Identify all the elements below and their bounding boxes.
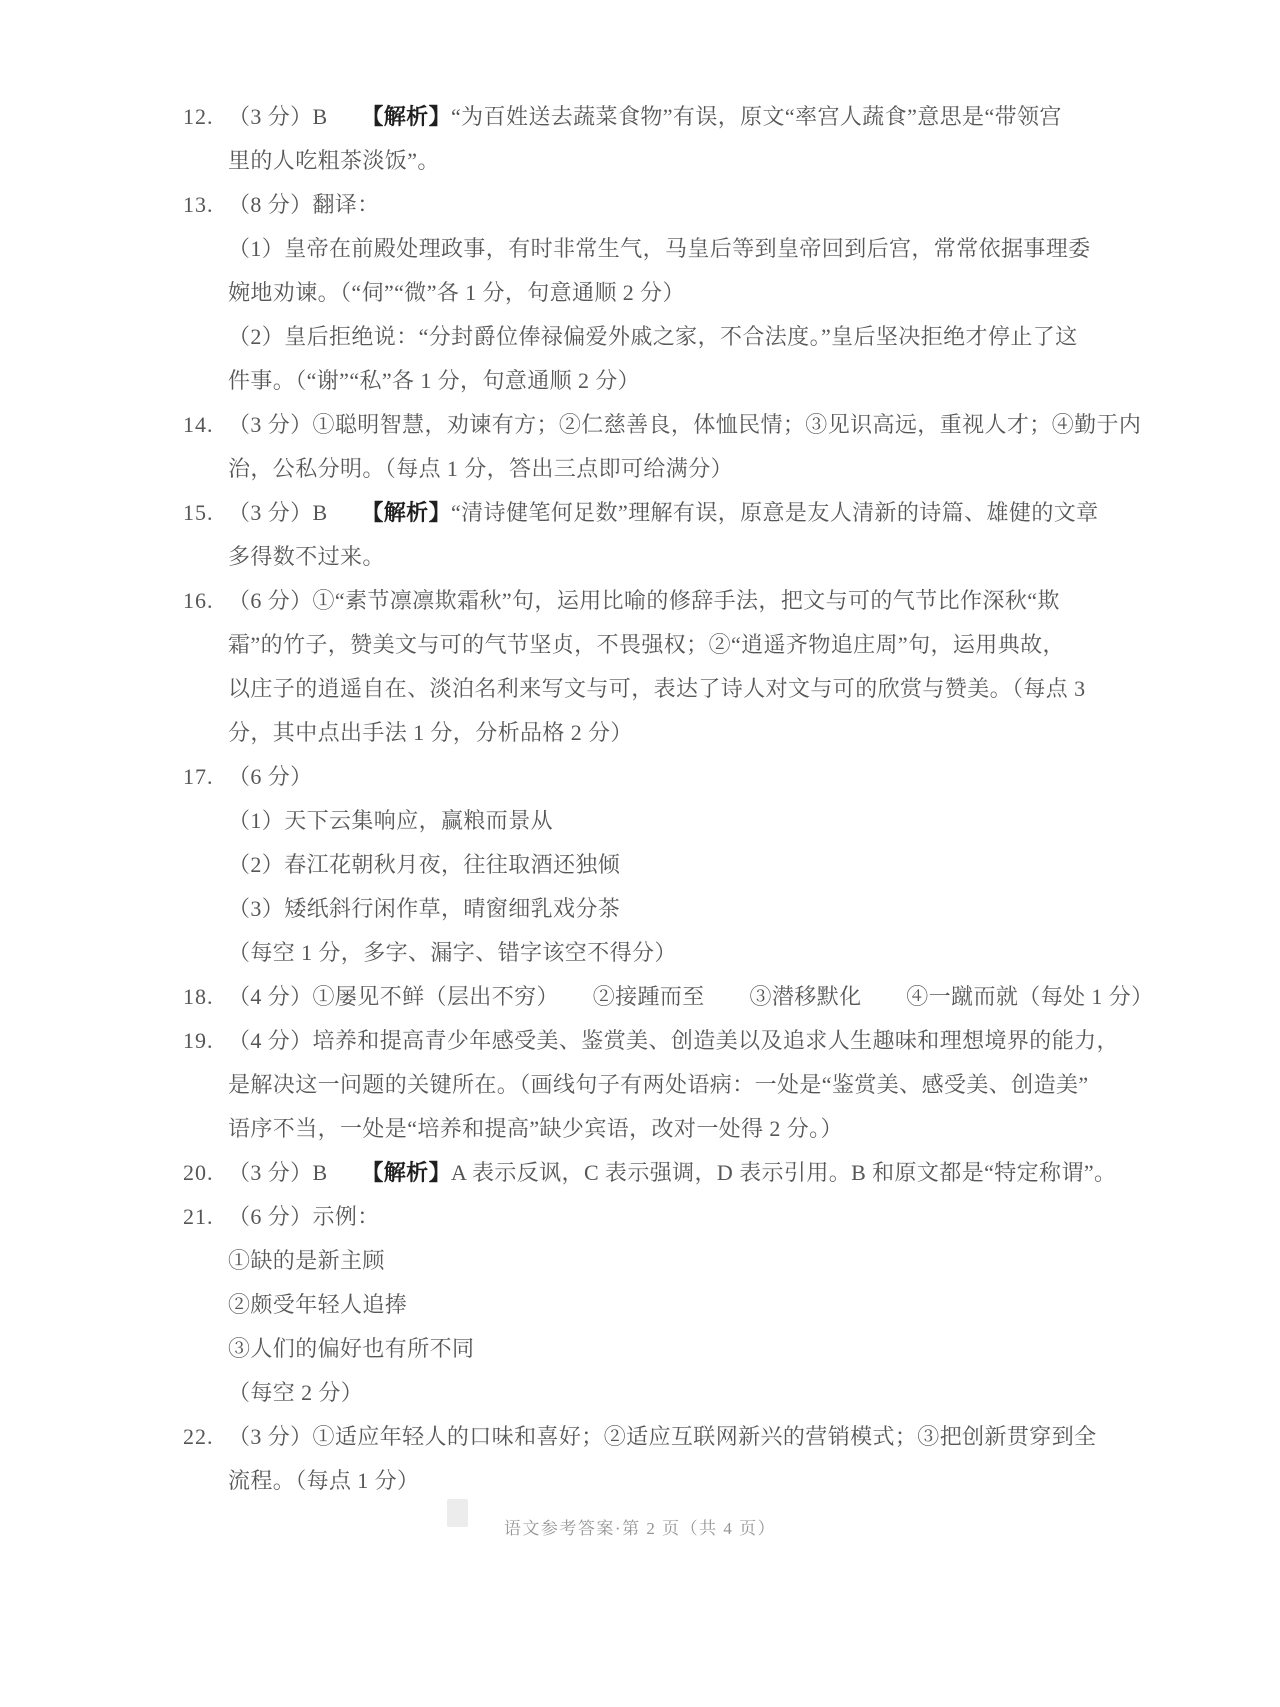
- answer-text: 是解决这一问题的关键所在。（画线句子有两处语病：一处是“鉴赏美、感受美、创造美”: [228, 1072, 1089, 1097]
- answer-item-18: 18.（4 分）①屡见不鲜（层出不穷） ②接踵而至 ③潜移默化 ④一蹴而就（每处…: [183, 975, 1183, 1019]
- answer-text: ②颇受年轻人追捧: [228, 1292, 407, 1317]
- answer-text: “清诗健笔何足数”理解有误，原意是友人清新的诗篇、雄健的文章: [451, 500, 1099, 525]
- answer-line: ①缺的是新主顾: [228, 1239, 1183, 1283]
- answer-line: 婉地劝谏。（“伺”“微”各 1 分，句意通顺 2 分）: [228, 271, 1183, 315]
- answer-text: （4 分）培养和提高青少年感受美、鉴赏美、创造美以及追求人生趣味和理想境界的能力…: [228, 1028, 1119, 1053]
- answer-text: “为百姓送去蔬菜食物”有误，原文“率宫人蔬食”意思是“带领宫: [451, 104, 1062, 129]
- answer-text: （3）矮纸斜行闲作草，晴窗细乳戏分茶: [228, 896, 620, 921]
- answer-item-17: 17.（6 分）（1）天下云集响应，赢粮而景从（2）春江花朝秋月夜，往往取酒还独…: [183, 755, 1183, 975]
- answer-line: （3 分）B 【解析】“为百姓送去蔬菜食物”有误，原文“率宫人蔬食”意思是“带领…: [228, 95, 1183, 139]
- answer-line: ②颇受年轻人追捧: [228, 1283, 1183, 1327]
- answer-line: 流程。（每点 1 分）: [228, 1459, 1183, 1503]
- answer-line: 治，公私分明。（每点 1 分，答出三点即可给满分）: [228, 447, 1183, 491]
- answer-text: 分，其中点出手法 1 分，分析品格 2 分）: [228, 720, 633, 745]
- scanned-answer-page: 12.（3 分）B 【解析】“为百姓送去蔬菜食物”有误，原文“率宫人蔬食”意思是…: [0, 0, 1280, 1707]
- answer-line: （2）春江花朝秋月夜，往往取酒还独倾: [228, 843, 1183, 887]
- item-number: 12.: [183, 95, 214, 139]
- answer-line: 是解决这一问题的关键所在。（画线句子有两处语病：一处是“鉴赏美、感受美、创造美”: [228, 1063, 1183, 1107]
- answer-line: （2）皇后拒绝说：“分封爵位俸禄偏爱外戚之家，不合法度。”皇后坚决拒绝才停止了这: [228, 315, 1183, 359]
- item-number: 17.: [183, 755, 214, 799]
- answer-text: （2）春江花朝秋月夜，往往取酒还独倾: [228, 852, 620, 877]
- answer-line: （4 分）培养和提高青少年感受美、鉴赏美、创造美以及追求人生趣味和理想境界的能力…: [228, 1019, 1183, 1063]
- answer-text: （6 分）示例：: [228, 1204, 380, 1229]
- analysis-tag: 【解析】: [372, 104, 451, 129]
- answer-line: ③人们的偏好也有所不同: [228, 1327, 1183, 1371]
- answer-text: 以庄子的逍遥自在、淡泊名利来写文与可，表达了诗人对文与可的欣赏与赞美。（每点 3: [228, 676, 1086, 701]
- answer-line: 多得数不过来。: [228, 535, 1183, 579]
- answer-text: （3 分）B: [228, 1160, 372, 1185]
- item-number: 18.: [183, 975, 214, 1019]
- answer-text: ③人们的偏好也有所不同: [228, 1336, 474, 1361]
- answer-item-19: 19.（4 分）培养和提高青少年感受美、鉴赏美、创造美以及追求人生趣味和理想境界…: [183, 1019, 1183, 1151]
- answer-line: 以庄子的逍遥自在、淡泊名利来写文与可，表达了诗人对文与可的欣赏与赞美。（每点 3: [228, 667, 1183, 711]
- answer-text: 霜”的竹子，赞美文与可的气节坚贞，不畏强权；②“逍遥齐物追庄周”句，运用典故，: [228, 632, 1065, 657]
- item-number: 13.: [183, 183, 214, 227]
- answer-line: （8 分）翻译：: [228, 183, 1183, 227]
- answer-item-20: 20.（3 分）B 【解析】A 表示反讽，C 表示强调，D 表示引用。B 和原文…: [183, 1151, 1183, 1195]
- answer-text: （8 分）翻译：: [228, 192, 380, 217]
- answer-line: （6 分）①“素节凛凛欺霜秋”句，运用比喻的修辞手法，把文与可的气节比作深秋“欺: [228, 579, 1183, 623]
- answers-list: 12.（3 分）B 【解析】“为百姓送去蔬菜食物”有误，原文“率宫人蔬食”意思是…: [183, 95, 1183, 1503]
- answer-line: 霜”的竹子，赞美文与可的气节坚贞，不畏强权；②“逍遥齐物追庄周”句，运用典故，: [228, 623, 1183, 667]
- item-number: 15.: [183, 491, 214, 535]
- answer-text: （1）天下云集响应，赢粮而景从: [228, 808, 553, 833]
- answer-text: ①缺的是新主顾: [228, 1248, 385, 1273]
- answer-item-22: 22.（3 分）①适应年轻人的口味和喜好；②适应互联网新兴的营销模式；③把创新贯…: [183, 1415, 1183, 1503]
- item-number: 22.: [183, 1415, 214, 1459]
- item-number: 19.: [183, 1019, 214, 1063]
- answer-line: （3 分）B 【解析】A 表示反讽，C 表示强调，D 表示引用。B 和原文都是“…: [228, 1151, 1183, 1195]
- answer-line: 里的人吃粗茶淡饭”。: [228, 139, 1183, 183]
- answer-text: （4 分）①屡见不鲜（层出不穷） ②接踵而至 ③潜移默化 ④一蹴而就（每处 1 …: [228, 984, 1154, 1009]
- answer-text: 里的人吃粗茶淡饭”。: [228, 148, 440, 173]
- answer-line: （每空 2 分）: [228, 1371, 1183, 1415]
- answer-line: （1）皇帝在前殿处理政事，有时非常生气，马皇后等到皇帝回到后宫，常常依据事理委: [228, 227, 1183, 271]
- answer-text: 流程。（每点 1 分）: [228, 1468, 419, 1493]
- answer-item-15: 15.（3 分）B 【解析】“清诗健笔何足数”理解有误，原意是友人清新的诗篇、雄…: [183, 491, 1183, 579]
- answer-line: （3 分）①聪明智慧，劝谏有方；②仁慈善良，体恤民情；③见识高远，重视人才；④勤…: [228, 403, 1183, 447]
- answer-text: A 表示反讽，C 表示强调，D 表示引用。B 和原文都是“特定称谓”。: [451, 1160, 1116, 1185]
- answer-line: （3 分）B 【解析】“清诗健笔何足数”理解有误，原意是友人清新的诗篇、雄健的文…: [228, 491, 1183, 535]
- answer-line: （6 分）: [228, 755, 1183, 799]
- item-number: 16.: [183, 579, 214, 623]
- answer-line: （1）天下云集响应，赢粮而景从: [228, 799, 1183, 843]
- answer-text: 件事。（“谢”“私”各 1 分，句意通顺 2 分）: [228, 368, 640, 393]
- item-number: 14.: [183, 403, 214, 447]
- footer-text: 语文参考答案·第 2 页（共 4 页）: [504, 1519, 776, 1538]
- answer-item-21: 21.（6 分）示例：①缺的是新主顾②颇受年轻人追捧③人们的偏好也有所不同（每空…: [183, 1195, 1183, 1415]
- answer-text: 婉地劝谏。（“伺”“微”各 1 分，句意通顺 2 分）: [228, 280, 685, 305]
- answer-item-13: 13.（8 分）翻译：（1）皇帝在前殿处理政事，有时非常生气，马皇后等到皇帝回到…: [183, 183, 1183, 403]
- answer-line: （3）矮纸斜行闲作草，晴窗细乳戏分茶: [228, 887, 1183, 931]
- answer-line: （每空 1 分，多字、漏字、错字该空不得分）: [228, 931, 1183, 975]
- item-number: 20.: [183, 1151, 214, 1195]
- answer-line: （3 分）①适应年轻人的口味和喜好；②适应互联网新兴的营销模式；③把创新贯穿到全: [228, 1415, 1183, 1459]
- answer-line: 件事。（“谢”“私”各 1 分，句意通顺 2 分）: [228, 359, 1183, 403]
- answer-text: （1）皇帝在前殿处理政事，有时非常生气，马皇后等到皇帝回到后宫，常常依据事理委: [228, 236, 1091, 261]
- answer-text: （每空 2 分）: [228, 1380, 363, 1405]
- answer-line: （6 分）示例：: [228, 1195, 1183, 1239]
- answer-text: 多得数不过来。: [228, 544, 385, 569]
- answer-text: （3 分）①适应年轻人的口味和喜好；②适应互联网新兴的营销模式；③把创新贯穿到全: [228, 1424, 1097, 1449]
- answer-text: 语序不当，一处是“培养和提高”缺少宾语，改对一处得 2 分。）: [228, 1116, 843, 1141]
- answer-item-14: 14.（3 分）①聪明智慧，劝谏有方；②仁慈善良，体恤民情；③见识高远，重视人才…: [183, 403, 1183, 491]
- answer-text: （3 分）①聪明智慧，劝谏有方；②仁慈善良，体恤民情；③见识高远，重视人才；④勤…: [228, 412, 1141, 437]
- answer-line: （4 分）①屡见不鲜（层出不穷） ②接踵而至 ③潜移默化 ④一蹴而就（每处 1 …: [228, 975, 1183, 1019]
- answer-text: （3 分）B: [228, 500, 372, 525]
- answer-text: （6 分）: [228, 764, 313, 789]
- answer-item-16: 16.（6 分）①“素节凛凛欺霜秋”句，运用比喻的修辞手法，把文与可的气节比作深…: [183, 579, 1183, 755]
- answer-line: 分，其中点出手法 1 分，分析品格 2 分）: [228, 711, 1183, 755]
- analysis-tag: 【解析】: [372, 1160, 451, 1185]
- item-number: 21.: [183, 1195, 214, 1239]
- answer-line: 语序不当，一处是“培养和提高”缺少宾语，改对一处得 2 分。）: [228, 1107, 1183, 1151]
- answer-text: （2）皇后拒绝说：“分封爵位俸禄偏爱外戚之家，不合法度。”皇后坚决拒绝才停止了这: [228, 324, 1078, 349]
- page-footer: 语文参考答案·第 2 页（共 4 页）: [0, 1514, 1280, 1539]
- answer-item-12: 12.（3 分）B 【解析】“为百姓送去蔬菜食物”有误，原文“率宫人蔬食”意思是…: [183, 95, 1183, 183]
- answer-text: （3 分）B: [228, 104, 372, 129]
- answer-text: （6 分）①“素节凛凛欺霜秋”句，运用比喻的修辞手法，把文与可的气节比作深秋“欺: [228, 588, 1060, 613]
- answer-text: 治，公私分明。（每点 1 分，答出三点即可给满分）: [228, 456, 733, 481]
- analysis-tag: 【解析】: [372, 500, 451, 525]
- answer-text: （每空 1 分，多字、漏字、错字该空不得分）: [228, 940, 677, 965]
